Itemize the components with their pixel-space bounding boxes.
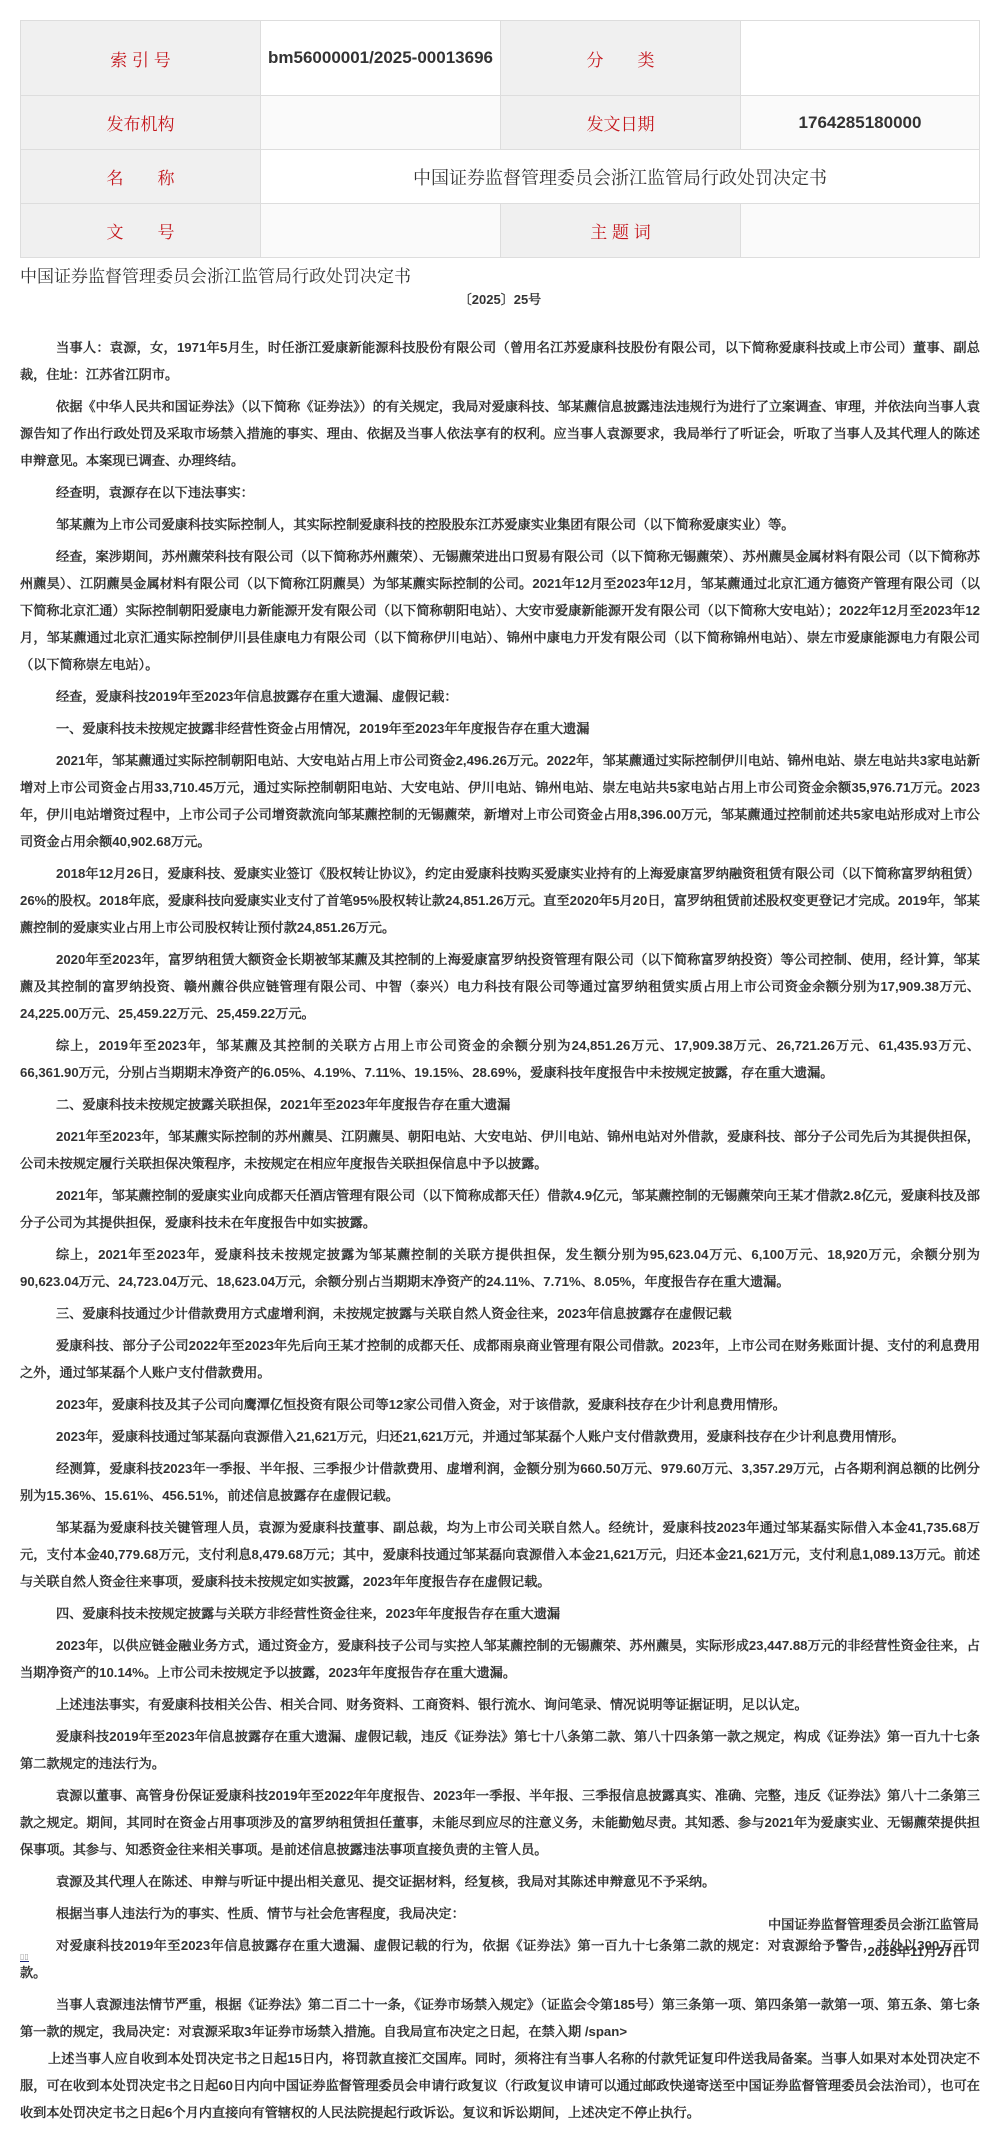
paragraph: 邹某磊为爱康科技关键管理人员，袁源为爱康科技董事、副总裁，均为上市公司关联自然人… xyxy=(20,1514,980,1595)
section-heading: 四、爱康科技未按规定披露与关联方非经营性资金往来，2023年年度报告存在重大遗漏 xyxy=(20,1600,980,1627)
publisher-label: 发布机构 xyxy=(21,96,261,150)
paragraph: 综上，2021年至2023年，爱康科技未按规定披露为邹某藨控制的关联方提供担保，… xyxy=(20,1241,980,1295)
document-body: 当事人：袁源，女，1971年5月生，时任浙江爱康新能源科技股份有限公司（曾用名江… xyxy=(20,334,980,2131)
meta-row-name: 名 称 中国证券监督管理委员会浙江监管局行政处罚决定书 xyxy=(21,150,980,204)
paragraph: 当事人：袁源，女，1971年5月生，时任浙江爱康新能源科技股份有限公司（曾用名江… xyxy=(20,334,980,388)
signature-date: 2025年11月27日 xyxy=(768,1938,979,1965)
date-label: 发文日期 xyxy=(501,96,741,150)
date-value: 1764285180000 xyxy=(741,96,980,150)
broken-image-link-icon[interactable]: ▯▯ xyxy=(20,1953,29,1962)
paragraph: 2020年至2023年，富罗纳租赁大额资金长期被邹某藨及其控制的上海爱康富罗纳投… xyxy=(20,946,980,1027)
meta-row-publisher: 发布机构 发文日期 1764285180000 xyxy=(21,96,980,150)
signature-org: 中国证券监督管理委员会浙江监管局 xyxy=(768,1911,979,1938)
paragraph: 袁源及其代理人在陈述、申辩与听证中提出相关意见、提交证据材料，经复核，我局对其陈… xyxy=(20,1868,980,1895)
paragraph: 经查，爱康科技2019年至2023年信息披露存在重大遗漏、虚假记载： xyxy=(20,683,980,710)
paragraph: 综上，2019年至2023年，邹某藨及其控制的关联方占用上市公司资金的余额分别为… xyxy=(20,1032,980,1086)
category-value xyxy=(741,21,980,96)
section-heading: 三、爱康科技通过少计借款费用方式虚增利润，未按规定披露与关联自然人资金往来，20… xyxy=(20,1300,980,1327)
paragraph: 2021年至2023年，邹某藨实际控制的苏州藨昊、江阴藨昊、朝阳电站、大安电站、… xyxy=(20,1123,980,1177)
name-value: 中国证券监督管理委员会浙江监管局行政处罚决定书 xyxy=(261,150,980,204)
paragraph: 爱康科技、部分子公司2022年至2023年先后向王某才控制的成都天任、成都雨泉商… xyxy=(20,1332,980,1386)
paragraph: 袁源以董事、高管身份保证爱康科技2019年至2022年年度报告、2023年一季报… xyxy=(20,1782,980,1863)
paragraph: 上述违法事实，有爱康科技相关公告、相关合同、财务资料、工商资料、银行流水、询问笔… xyxy=(20,1691,980,1718)
keywords-label: 主 题 词 xyxy=(501,204,741,258)
section-heading: 一、爱康科技未按规定披露非经营性资金占用情况，2019年至2023年年度报告存在… xyxy=(20,715,980,742)
name-label: 名 称 xyxy=(21,150,261,204)
category-label: 分 类 xyxy=(501,21,741,96)
paragraph: 2023年，以供应链金融业务方式，通过资金方，爱康科技子公司与实控人邹某藨控制的… xyxy=(20,1632,980,1686)
signature-block: 中国证券监督管理委员会浙江监管局 2025年11月27日 xyxy=(768,1911,979,1965)
paragraph: 2021年，邹某藨控制的爱康实业向成都天任酒店管理有限公司（以下简称成都天任）借… xyxy=(20,1182,980,1236)
paragraph: 经测算，爱康科技2023年一季报、半年报、三季报少计借款费用、虚增利润，金额分别… xyxy=(20,1455,980,1509)
paragraph: 2021年，邹某藨通过实际控制朝阳电站、大安电站占用上市公司资金2,496.26… xyxy=(20,747,980,855)
docno-value xyxy=(261,204,501,258)
document-title: 中国证券监督管理委员会浙江监管局行政处罚决定书 xyxy=(20,262,411,287)
document-number: 〔2025〕25号 xyxy=(0,289,1000,308)
paragraph: 2023年，爱康科技通过邹某磊向袁源借入21,621万元，归还21,621万元，… xyxy=(20,1423,980,1450)
index-value: bm56000001/2025-00013696 xyxy=(261,21,501,96)
keywords-value xyxy=(741,204,980,258)
paragraph: 经查明，袁源存在以下违法事实： xyxy=(20,479,980,506)
index-label: 索 引 号 xyxy=(21,21,261,96)
paragraph: 爱康科技2019年至2023年信息披露存在重大遗漏、虚假记载，违反《证券法》第七… xyxy=(20,1723,980,1777)
meta-row-index: 索 引 号 bm56000001/2025-00013696 分 类 xyxy=(21,21,980,96)
paragraph: 邹某藨为上市公司爱康科技实际控制人，其实际控制爱康科技的控股股东江苏爱康实业集团… xyxy=(20,511,980,538)
paragraph: 依据《中华人民共和国证券法》（以下简称《证券法》）的有关规定，我局对爱康科技、邹… xyxy=(20,393,980,474)
publisher-value xyxy=(261,96,501,150)
paragraph: 当事人袁源违法情节严重，根据《证券法》第二百二十一条，《证券市场禁入规定》（证监… xyxy=(20,1991,980,2045)
paragraph: 经查，案涉期间，苏州藨荣科技有限公司（以下简称苏州藨荣）、无锡藨荣进出口贸易有限… xyxy=(20,543,980,678)
paragraph: 上述当事人应自收到本处罚决定书之日起15日内，将罚款直接汇交国库。同时，须将注有… xyxy=(20,2045,980,2126)
document-meta-table: 索 引 号 bm56000001/2025-00013696 分 类 发布机构 … xyxy=(20,20,980,258)
paragraph: 2018年12月26日，爱康科技、爱康实业签订《股权转让协议》，约定由爱康科技购… xyxy=(20,860,980,941)
meta-row-docno: 文 号 主 题 词 xyxy=(21,204,980,258)
paragraph: 2023年，爱康科技及其子公司向鹰潭亿恒投资有限公司等12家公司借入资金，对于该… xyxy=(20,1391,980,1418)
section-heading: 二、爱康科技未按规定披露关联担保，2021年至2023年年度报告存在重大遗漏 xyxy=(20,1091,980,1118)
docno-label: 文 号 xyxy=(21,204,261,258)
